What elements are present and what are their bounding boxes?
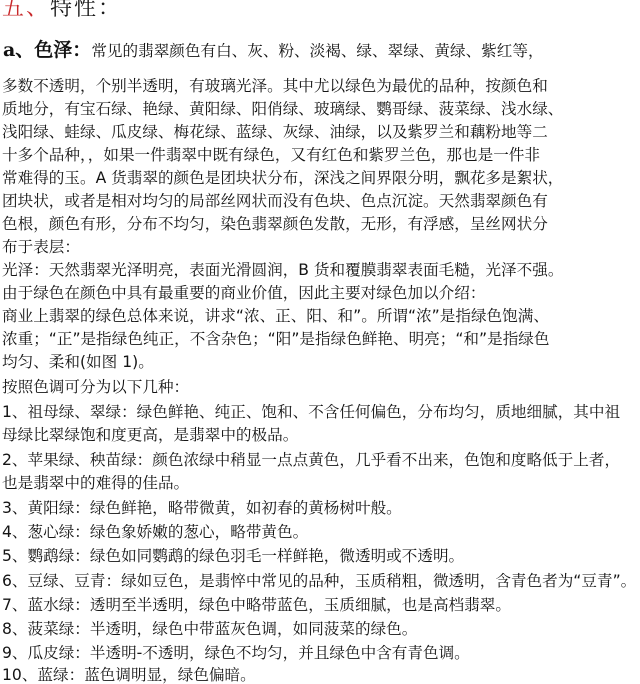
text-line: 色根，颜色有形，分布不均匀，染色翡翠颜色发散，无形，有浮感，呈丝网状分 <box>2 213 548 235</box>
text-line: 浅阳绿、蛙绿、瓜皮绿、梅花绿、蓝绿、灰绿、油绿，以及紫罗兰和藕粉地等二 <box>2 121 548 143</box>
text-line: 均匀、柔和(如图 1)。 <box>2 351 154 373</box>
text-line: 十多个品种，，如果一件翡翠中既有绿色，又有红色和紫罗兰色，那也是一件非 <box>2 144 540 166</box>
list-item: 2、苹果绿、秧苗绿：颜色浓绿中稍显一点点黄色，几乎看不出来，色饱和度略低于上者， <box>2 449 620 471</box>
text-line: 浓重；“正”是指绿色纯正，不含杂色；“阳”是指绿色鲜艳、明亮；“和”是指绿色 <box>2 328 549 350</box>
document-page: 五、特性： a、色泽：常见的翡翠颜色有白、灰、粉、淡褐、绿、翠绿、黄绿、紫红等，… <box>0 0 640 684</box>
text-line: 质地分，有宝石绿、艳绿、黄阳绿、阳俏绿、玻璃绿、鹦哥绿、菠菜绿、浅水绿、 <box>2 98 563 120</box>
text-line: 多数不透明，个别半透明，有玻璃光泽。其中尤以绿色为最优的品种，按颜色和 <box>2 75 548 97</box>
list-item-continued: 也是翡翠中的难得的佳品。 <box>2 472 189 494</box>
list-item: 10、蓝绿：蓝色调明显，绿色偏暗。 <box>2 664 256 684</box>
text-line: 布于表层： <box>2 236 80 258</box>
list-item: 4、葱心绿：绿色象娇嫩的葱心，略带黄色。 <box>2 521 308 543</box>
text-line: 光泽：天然翡翠光泽明亮，表面光滑圆润，B 货和覆膜翡翠表面毛糙，光泽不强。 <box>2 259 563 281</box>
list-item: 3、黄阳绿：绿色鲜艳，略带微黄，如初春的黄杨树叶般。 <box>2 497 402 519</box>
text-line: 团块状，或者是相对均匀的局部丝网状而没有色块、色点沉淀。天然翡翠颜色有 <box>2 190 548 212</box>
section-heading: 五、特性： <box>2 0 122 22</box>
list-item: 8、菠菜绿：半透明，绿色中带蓝灰色调，如同菠菜的绿色。 <box>2 618 417 640</box>
subsection-first-line: 常见的翡翠颜色有白、灰、粉、淡褐、绿、翠绿、黄绿、紫红等， <box>91 42 543 60</box>
list-item: 9、瓜皮绿：半透明-不透明，绿色不均匀，并且绿色中含有青色调。 <box>2 642 470 664</box>
text-line: 商业上翡翠的绿色总体来说，讲求“浓、正、阳、和”。所谓“浓”是指绿色饱满、 <box>2 305 549 327</box>
list-item: 7、蓝水绿：透明至半透明，绿色中略带蓝色，玉质细腻，也是高档翡翠。 <box>2 594 511 616</box>
text-line: 按照色调可分为以下几种： <box>2 376 189 398</box>
list-item: 6、豆绿、豆青：绿如豆色，是翡悴中常见的品种，玉质稍粗，微透明，含青色者为“豆青… <box>2 570 636 592</box>
subsection-label: a、色泽： <box>3 39 91 61</box>
list-item: 5、鹦鹉绿：绿色如同鹦鹉的绿色羽毛一样鲜艳，微透明或不透明。 <box>2 545 464 567</box>
section-number: 五、 <box>2 0 50 21</box>
section-title: 特性： <box>50 0 122 21</box>
list-item: 1、祖母绿、翠绿：绿色鲜艳、纯正、饱和、不含任何偏色，分布均匀，质地细腻，其中祖 <box>2 401 620 423</box>
text-line: 由于绿色在颜色中具有最重要的商业价值，因此主要对绿色加以介绍： <box>2 282 485 304</box>
list-item-continued: 母绿比翠绿饱和度更高，是翡翠中的极品。 <box>2 424 298 446</box>
subsection-color-luster: a、色泽：常见的翡翠颜色有白、灰、粉、淡褐、绿、翠绿、黄绿、紫红等， <box>3 38 544 63</box>
text-line: 常难得的玉。A 货翡翠的颜色是团块状分布，深浅之间界限分明，飘花多是絮状， <box>2 167 563 189</box>
